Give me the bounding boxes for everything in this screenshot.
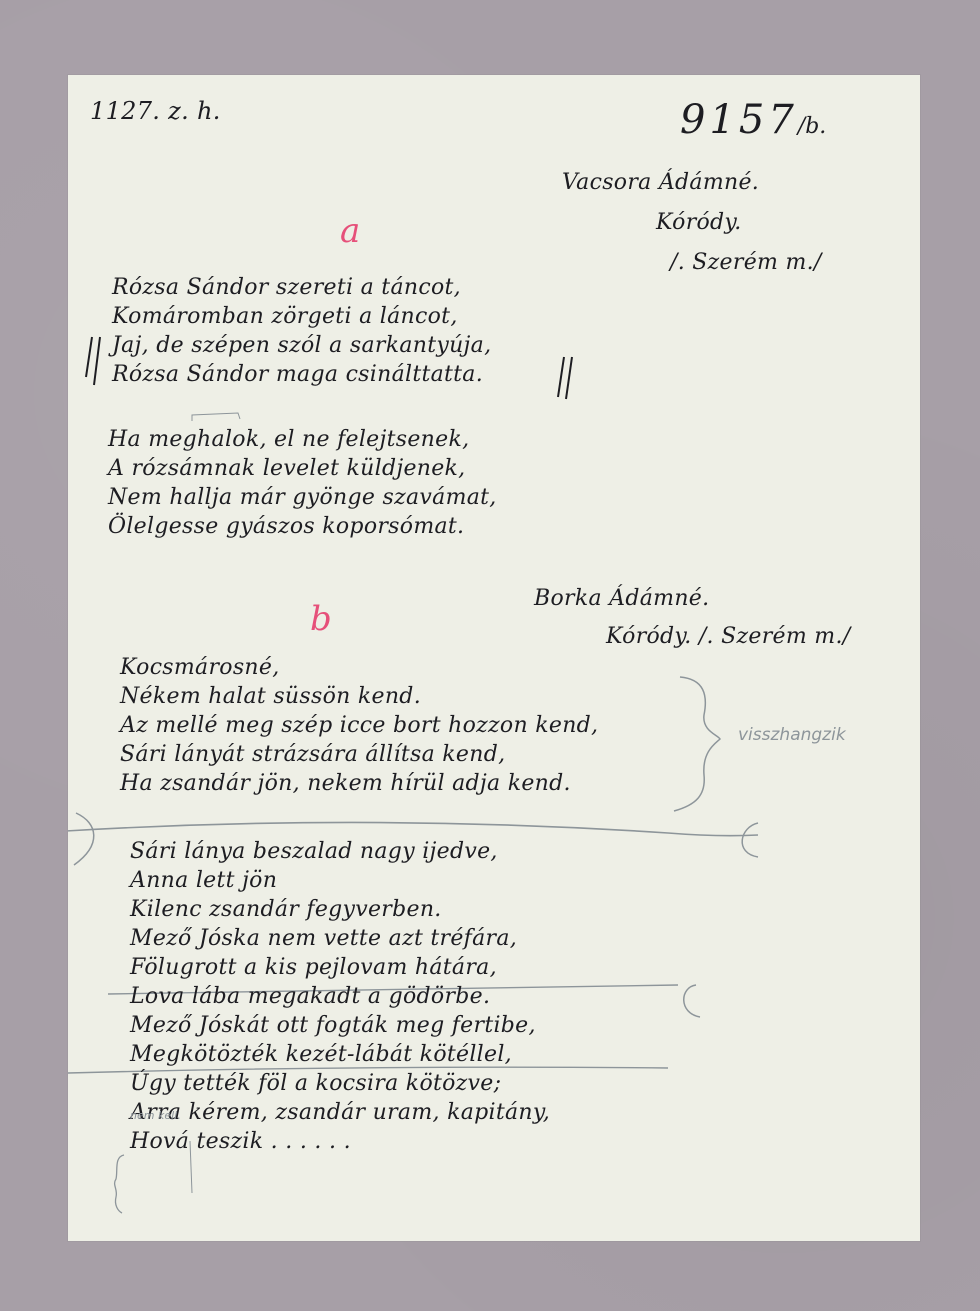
informant-b-place: Kóródy. /. Szerém m./ (534, 618, 850, 656)
section-b-marker: b (310, 599, 332, 639)
verse-line: Kilenc zsandár fegyverben. (130, 895, 550, 924)
verse-line: Rózsa Sándor maga csinálttatta. (112, 360, 491, 389)
informant-a-county: /. Szerém m./ (562, 243, 822, 283)
verse-line: Ha zsandár jön, nekem hírül adja kend. (120, 769, 598, 798)
verse-line: Megkötözték kezét-lábát kötéllel, (130, 1040, 550, 1069)
informant-b-block: Borka Ádámné. Kóródy. /. Szerém m./ (534, 580, 850, 656)
verse-line: A rózsámnak levelet küldjenek, (108, 454, 497, 483)
verse-line: Sári lánya beszalad nagy ijedve, (130, 837, 550, 866)
manuscript-page: 1127. z. h. 9157/b. Vacsora Ádámné. Kóró… (68, 75, 920, 1241)
informant-a-block: Vacsora Ádámné. Kóródy. /. Szerém m./ (562, 163, 822, 283)
section-a-stanza-1: Rózsa Sándor szereti a táncot, Komáromba… (112, 273, 491, 389)
verse-line: Arra kérem, zsandár uram, kapitány, (130, 1098, 550, 1127)
section-a-marker: a (340, 211, 360, 251)
verse-line: Rózsa Sándor szereti a táncot, (112, 273, 491, 302)
section-b-stanza-1: Kocsmárosné, Nékem halat süssön kend. Az… (120, 653, 598, 798)
verse-line: Kocsmárosné, (120, 653, 598, 682)
section-a-stanza-2: Ha meghalok, el ne felejtsenek, A rózsám… (108, 425, 497, 541)
informant-a-place: Kóródy. (562, 203, 822, 243)
informant-b-name: Borka Ádámné. (534, 580, 850, 618)
verse-line: Mező Jóska nem vette azt tréfára, (130, 924, 550, 953)
section-b-stanza-2: Sári lánya beszalad nagy ijedve, Anna le… (130, 837, 550, 1156)
verse-line: Úgy tették föl a kocsira kötözve; (130, 1069, 550, 1098)
verse-line: Az mellé meg szép icce bort hozzon kend, (120, 711, 598, 740)
informant-a-name: Vacsora Ádámné. (562, 163, 822, 203)
verse-line: Mező Jóskát ott fogták meg fertibe, (130, 1011, 550, 1040)
reference-suffix: /b. (798, 114, 827, 139)
verse-line: Hová teszik . . . . . . (130, 1127, 550, 1156)
verse-line: Ha meghalok, el ne felejtsenek, (108, 425, 497, 454)
verse-line: Nem hallja már gyönge szavámat, (108, 483, 497, 512)
verse-line: Ölelgesse gyászos koporsómat. (108, 512, 497, 541)
verse-line: Jaj, de szépen szól a sarkantyúja, (112, 331, 491, 360)
verse-line: Sári lányát strázsára állítsa kend, (120, 740, 598, 769)
archive-reference-right: 9157/b. (680, 97, 826, 143)
reference-number: 9157 (680, 97, 798, 143)
archive-reference-left: 1127. z. h. (90, 97, 221, 125)
margin-note-echo: visszhangzik (738, 725, 846, 745)
verse-line: Komáromban zörgeti a láncot, (112, 302, 491, 331)
verse-line: Lova lába megakadt a gödörbe. (130, 982, 550, 1011)
verse-line: Fölugrott a kis pejlovam hátára, (130, 953, 550, 982)
verse-line: Anna lett jön (130, 866, 550, 895)
verse-line: Nékem halat süssön kend. (120, 682, 598, 711)
margin-note-not-needed: nem kell. (130, 1109, 181, 1122)
